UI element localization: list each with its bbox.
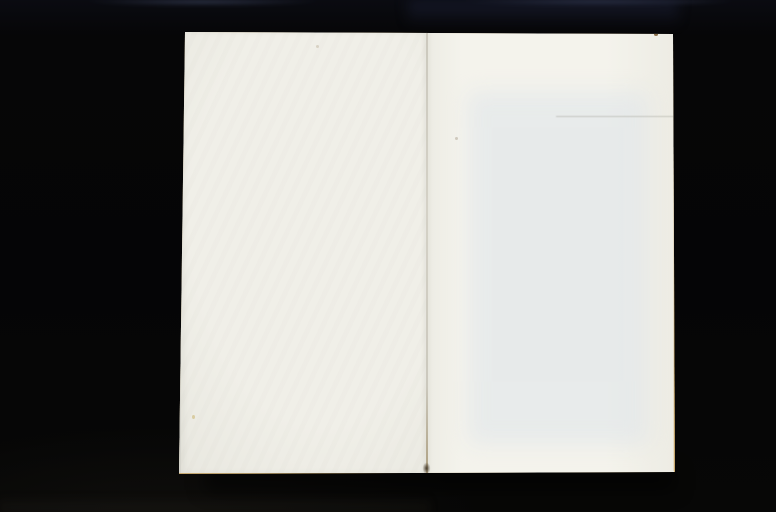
glare-streak-left	[55, 0, 350, 8]
paper-spread	[179, 31, 675, 475]
dust-speck	[455, 137, 458, 140]
dust-speck	[316, 45, 319, 48]
crease-line	[556, 116, 674, 117]
right-page	[428, 32, 674, 473]
paper-blemish	[192, 415, 195, 419]
backdrop-sheen-top-right	[408, 0, 678, 26]
photo-frame	[0, 0, 776, 512]
left-page	[179, 32, 427, 473]
center-fold-line	[426, 31, 428, 475]
ink-showthrough	[468, 92, 648, 444]
fold-bottom-mark	[421, 459, 432, 474]
backdrop-bottom-shade	[0, 496, 430, 512]
